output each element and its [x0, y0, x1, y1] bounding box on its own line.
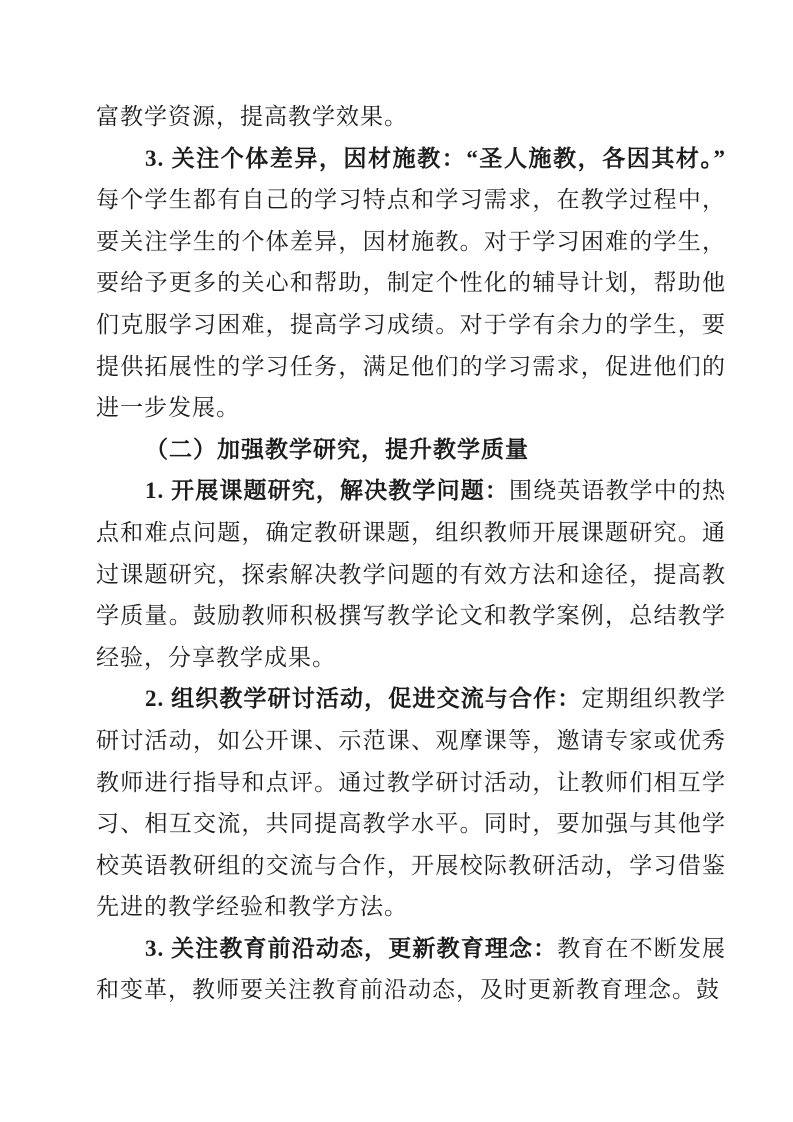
- text-run: 定期组织教学研讨活动，如公开课、示范课、观摩课等，邀请专家或优秀教师进行指导和点…: [96, 686, 726, 919]
- paragraph-point1-topic-research: 1. 开展课题研究，解决教学问题：围绕英语教学中的热点和难点问题，确定教研课题，…: [96, 470, 726, 678]
- section-heading-two: （二）加强教学研究，提升教学质量: [96, 429, 726, 471]
- paragraph-continuation: 富教学资源，提高教学效果。: [96, 96, 726, 138]
- bold-text-run: （二）加强教学研究，提升教学质量: [145, 437, 529, 462]
- paragraph-point2-teaching-seminars: 2. 组织教学研讨活动，促进交流与合作：定期组织教学研讨活动，如公开课、示范课、…: [96, 678, 726, 928]
- bold-text-run: 2. 组织教学研讨活动，促进交流与合作：: [145, 686, 581, 711]
- paragraph-point3-individual-differences: 3. 关注个体差异，因材施教：“圣人施教，各因其材。”每个学生都有自己的学习特点…: [96, 138, 726, 429]
- bold-text-run: 1. 开展课题研究，解决教学问题：: [145, 478, 509, 503]
- text-run: 围绕英语教学中的热点和难点问题，确定教研课题，组织教师开展课题研究。通过课题研究…: [96, 478, 726, 669]
- text-run: 每个学生都有自己的学习特点和学习需求，在教学过程中，要关注学生的个体差异，因材施…: [96, 187, 726, 420]
- document-body: 富教学资源，提高教学效果。3. 关注个体差异，因材施教：“圣人施教，各因其材。”…: [0, 0, 726, 1011]
- text-run: 富教学资源，提高教学效果。: [96, 104, 408, 129]
- bold-text-run: 3. 关注个体差异，因材施教：“圣人施教，各因其材。”: [145, 146, 726, 171]
- document-page: 富教学资源，提高教学效果。3. 关注个体差异，因材施教：“圣人施教，各因其材。”…: [0, 0, 793, 1122]
- paragraph-point3-education-trends: 3. 关注教育前沿动态，更新教育理念：教育在不断发展和变革，教师要关注教育前沿动…: [96, 928, 726, 1011]
- bold-text-run: 3. 关注教育前沿动态，更新教育理念：: [145, 936, 557, 961]
